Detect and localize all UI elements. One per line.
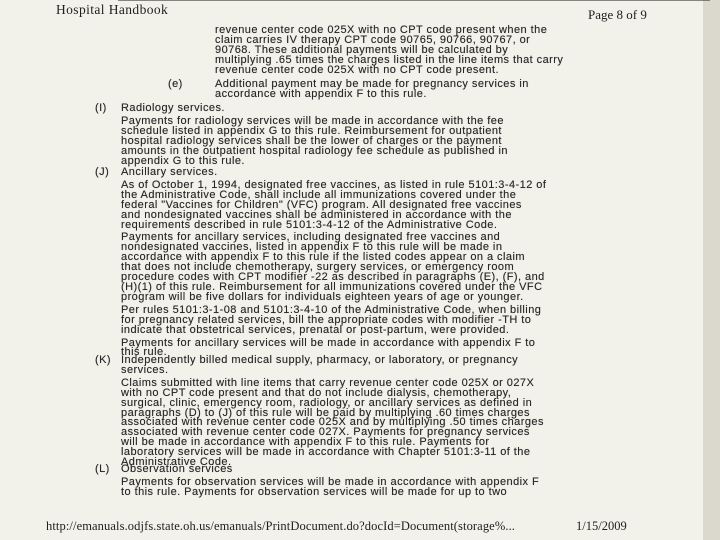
sub-item-text: Additional payment may be made for pregn… [215,80,668,100]
section-paragraph: As of October 1, 1994, designated free v… [121,181,651,231]
section-label: (J) [95,168,109,178]
top-scan-line [118,0,710,1]
section-radiology-services: (I) Radiology services. Payments for rad… [95,104,655,169]
section-heading: Observation services [121,465,651,475]
section-paragraph: Payments for radiology services will be … [121,117,651,167]
footer-url: http://emanuals.odjfs.state.oh.us/emanua… [46,519,515,534]
section-paragraph: Per rules 5101:3-1-08 and 5101:3-4-10 of… [121,306,651,336]
section-paragraph: Payments for ancillary services, includi… [121,233,651,302]
section-label: (L) [95,465,110,475]
scanned-document-page: Hospital Handbook Page 8 of 9 revenue ce… [0,0,720,540]
footer-date: 1/15/2009 [576,519,627,534]
continuation-paragraph: revenue center code 025X with no CPT cod… [215,26,675,76]
section-independently-billed-services: (K) Independently billed medical supply,… [95,356,655,471]
sub-item-e: (e) Additional payment may be made for p… [168,80,668,100]
section-heading: Radiology services. [121,104,651,114]
section-heading: Ancillary services. [121,168,651,178]
scan-edge-shadow [703,0,720,540]
section-label: (I) [95,104,107,114]
section-heading: Independently billed medical supply, pha… [121,356,651,376]
section-ancillary-services: (J) Ancillary services. As of October 1,… [95,168,655,361]
section-paragraph: Claims submitted with line items that ca… [121,379,651,468]
document-title: Hospital Handbook [56,2,168,18]
sub-item-label: (e) [168,80,183,90]
section-label: (K) [95,356,111,366]
page-number: Page 8 of 9 [588,7,647,23]
section-observation-services: (L) Observation services Payments for ob… [95,465,655,501]
section-paragraph: Payments for observation services will b… [121,478,651,498]
